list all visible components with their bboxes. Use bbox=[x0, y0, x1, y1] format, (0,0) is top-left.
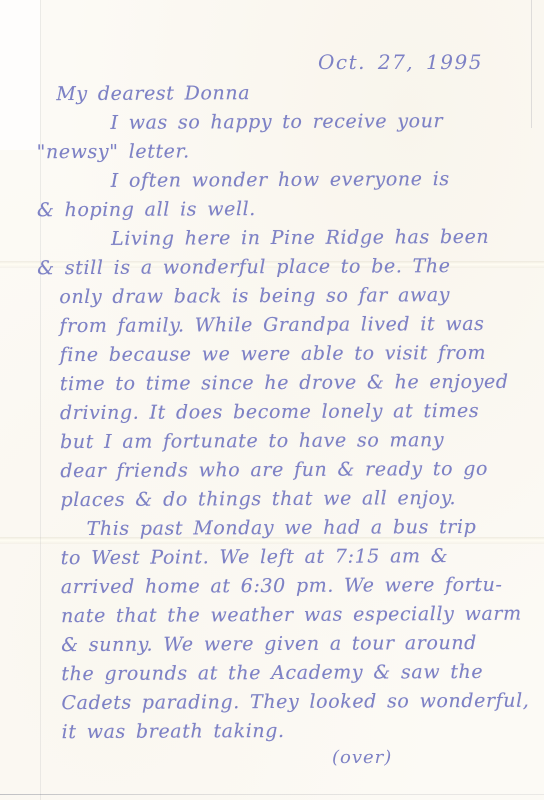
letter-line: but I am fortunate to have so many bbox=[60, 429, 544, 461]
letter-line: This past Monday we had a bus trip bbox=[87, 516, 544, 547]
letter-line: places & do things that we all enjoy. bbox=[60, 487, 544, 519]
letter-line: time to time since he drove & he enjoyed bbox=[60, 371, 544, 403]
over-note: (over) bbox=[332, 747, 392, 768]
letter-line: & hoping all is well. bbox=[37, 197, 543, 229]
letter-line: My dearest Donna bbox=[56, 81, 542, 113]
letter-line: dear friends who are fun & ready to go bbox=[60, 458, 544, 490]
letter-line: arrived home at 6:30 pm. We were fortu- bbox=[61, 574, 544, 606]
letter-page: Oct. 27, 1995 My dearest DonnaI was so h… bbox=[0, 0, 544, 800]
letter-line: I often wonder how everyone is bbox=[111, 168, 543, 199]
letter-line: only draw back is being so far away bbox=[59, 284, 543, 316]
letter-line: to West Point. We left at 7:15 am & bbox=[61, 545, 544, 577]
letter-line: "newsy" letter. bbox=[37, 139, 543, 171]
letter-line: it was breath taking. bbox=[62, 719, 544, 751]
letter-lines: My dearest DonnaI was so happy to receiv… bbox=[0, 81, 544, 751]
letter-line: driving. It does become lonely at times bbox=[60, 400, 544, 432]
letter-line: Cadets parading. They looked so wonderfu… bbox=[61, 690, 544, 722]
letter-line: & sunny. We were given a tour around bbox=[61, 632, 544, 664]
letter-line: fine because we were able to visit from bbox=[60, 342, 544, 374]
letter-date: Oct. 27, 1995 bbox=[318, 50, 483, 74]
letter-line: & still is a wonderful place to be. The bbox=[37, 255, 543, 287]
paper-edge-bottom bbox=[0, 794, 544, 795]
letter-line: Living here in Pine Ridge has been bbox=[111, 226, 543, 257]
letter-line: nate that the weather was especially war… bbox=[61, 603, 544, 635]
letter-line: from family. While Grandpa lived it was bbox=[59, 313, 543, 345]
letter-line: I was so happy to receive your bbox=[110, 110, 542, 141]
letter-line: the grounds at the Academy & saw the bbox=[61, 661, 544, 693]
